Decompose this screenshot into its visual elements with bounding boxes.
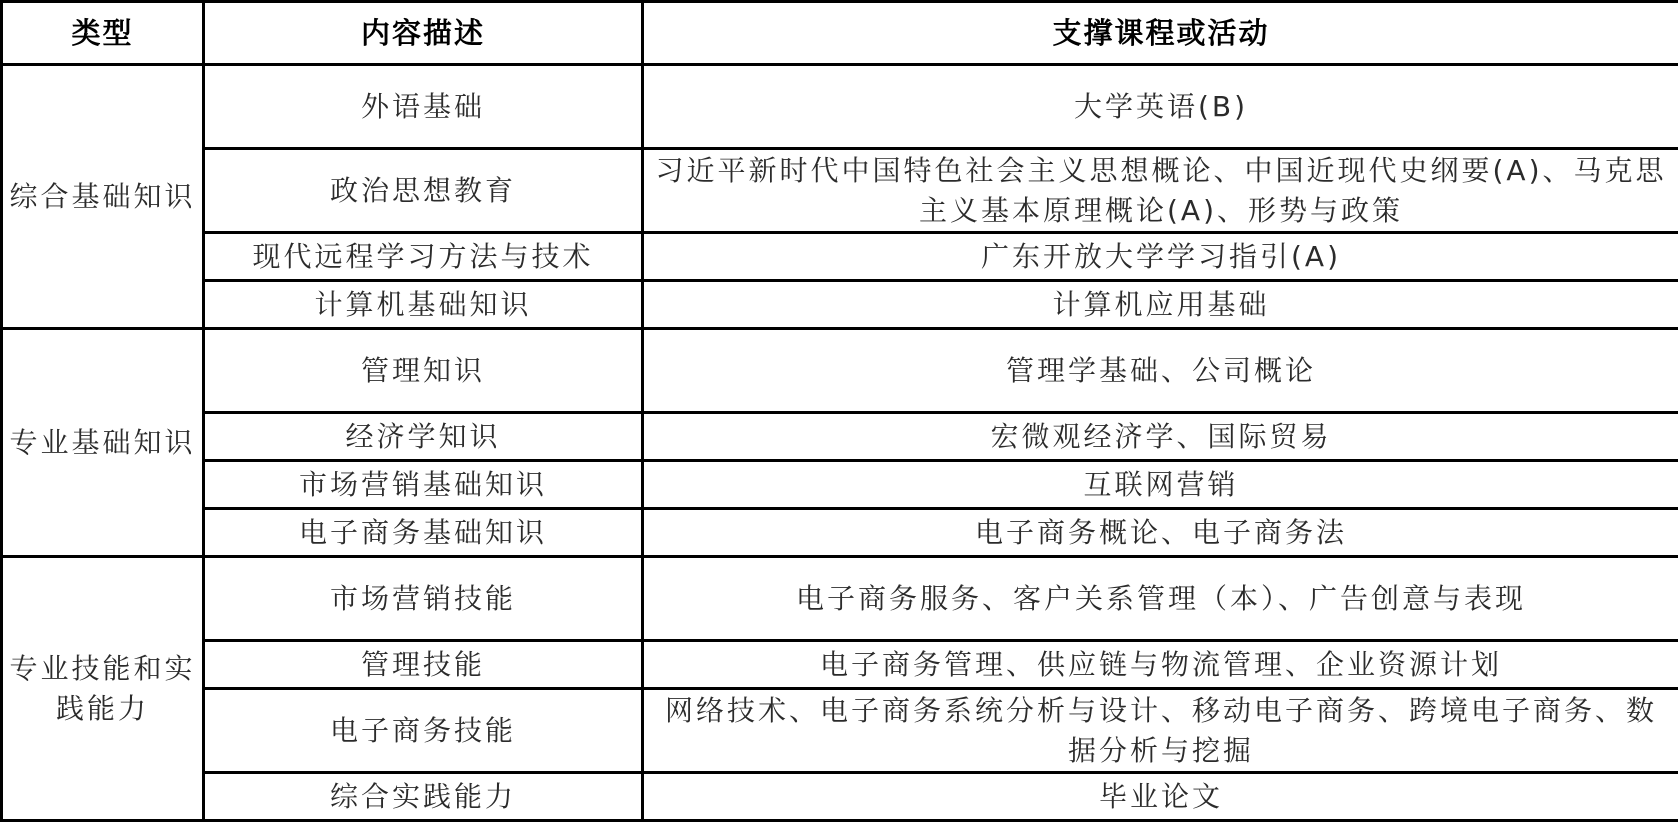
header-description: 内容描述 bbox=[204, 2, 643, 65]
header-courses: 支撑课程或活动 bbox=[643, 2, 1678, 65]
table-row: 综合基础知识 外语基础 大学英语(B) bbox=[2, 65, 1678, 149]
courses-cell: 计算机应用基础 bbox=[643, 281, 1678, 329]
table-row: 经济学知识 宏微观经济学、国际贸易 bbox=[2, 413, 1678, 461]
courses-cell: 互联网营销 bbox=[643, 461, 1678, 509]
courses-cell: 电子商务概论、电子商务法 bbox=[643, 509, 1678, 557]
table-row: 政治思想教育 习近平新时代中国特色社会主义思想概论、中国近现代史纲要(A)、马克… bbox=[2, 149, 1678, 233]
header-type: 类型 bbox=[2, 2, 204, 65]
description-cell: 电子商务技能 bbox=[204, 689, 643, 773]
table-row: 专业基础知识 管理知识 管理学基础、公司概论 bbox=[2, 329, 1678, 413]
header-row: 类型 内容描述 支撑课程或活动 bbox=[2, 2, 1678, 65]
description-cell: 计算机基础知识 bbox=[204, 281, 643, 329]
description-cell: 电子商务基础知识 bbox=[204, 509, 643, 557]
type-cell-general-foundation: 综合基础知识 bbox=[2, 65, 204, 329]
description-cell: 管理知识 bbox=[204, 329, 643, 413]
courses-cell: 广东开放大学学习指引(A) bbox=[643, 233, 1678, 281]
table-row: 市场营销基础知识 互联网营销 bbox=[2, 461, 1678, 509]
description-cell: 市场营销技能 bbox=[204, 557, 643, 641]
courses-cell: 大学英语(B) bbox=[643, 65, 1678, 149]
description-cell: 现代远程学习方法与技术 bbox=[204, 233, 643, 281]
courses-cell: 宏微观经济学、国际贸易 bbox=[643, 413, 1678, 461]
description-cell: 管理技能 bbox=[204, 641, 643, 689]
table-row: 计算机基础知识 计算机应用基础 bbox=[2, 281, 1678, 329]
type-cell-professional-foundation: 专业基础知识 bbox=[2, 329, 204, 557]
courses-cell: 电子商务管理、供应链与物流管理、企业资源计划 bbox=[643, 641, 1678, 689]
table-row: 专业技能和实践能力 市场营销技能 电子商务服务、客户关系管理（本）、广告创意与表… bbox=[2, 557, 1678, 641]
courses-cell: 电子商务服务、客户关系管理（本）、广告创意与表现 bbox=[643, 557, 1678, 641]
courses-cell: 毕业论文 bbox=[643, 773, 1678, 821]
description-cell: 综合实践能力 bbox=[204, 773, 643, 821]
description-cell: 市场营销基础知识 bbox=[204, 461, 643, 509]
table-row: 管理技能 电子商务管理、供应链与物流管理、企业资源计划 bbox=[2, 641, 1678, 689]
curriculum-table: 类型 内容描述 支撑课程或活动 综合基础知识 外语基础 大学英语(B) 政治思想… bbox=[0, 0, 1678, 822]
courses-cell: 管理学基础、公司概论 bbox=[643, 329, 1678, 413]
courses-cell: 网络技术、电子商务系统分析与设计、移动电子商务、跨境电子商务、数据分析与挖掘 bbox=[643, 689, 1678, 773]
courses-cell: 习近平新时代中国特色社会主义思想概论、中国近现代史纲要(A)、马克思主义基本原理… bbox=[643, 149, 1678, 233]
description-cell: 外语基础 bbox=[204, 65, 643, 149]
type-cell-professional-skills: 专业技能和实践能力 bbox=[2, 557, 204, 821]
description-cell: 经济学知识 bbox=[204, 413, 643, 461]
table-row: 电子商务基础知识 电子商务概论、电子商务法 bbox=[2, 509, 1678, 557]
table-row: 现代远程学习方法与技术 广东开放大学学习指引(A) bbox=[2, 233, 1678, 281]
table-row: 综合实践能力 毕业论文 bbox=[2, 773, 1678, 821]
description-cell: 政治思想教育 bbox=[204, 149, 643, 233]
table-row: 电子商务技能 网络技术、电子商务系统分析与设计、移动电子商务、跨境电子商务、数据… bbox=[2, 689, 1678, 773]
